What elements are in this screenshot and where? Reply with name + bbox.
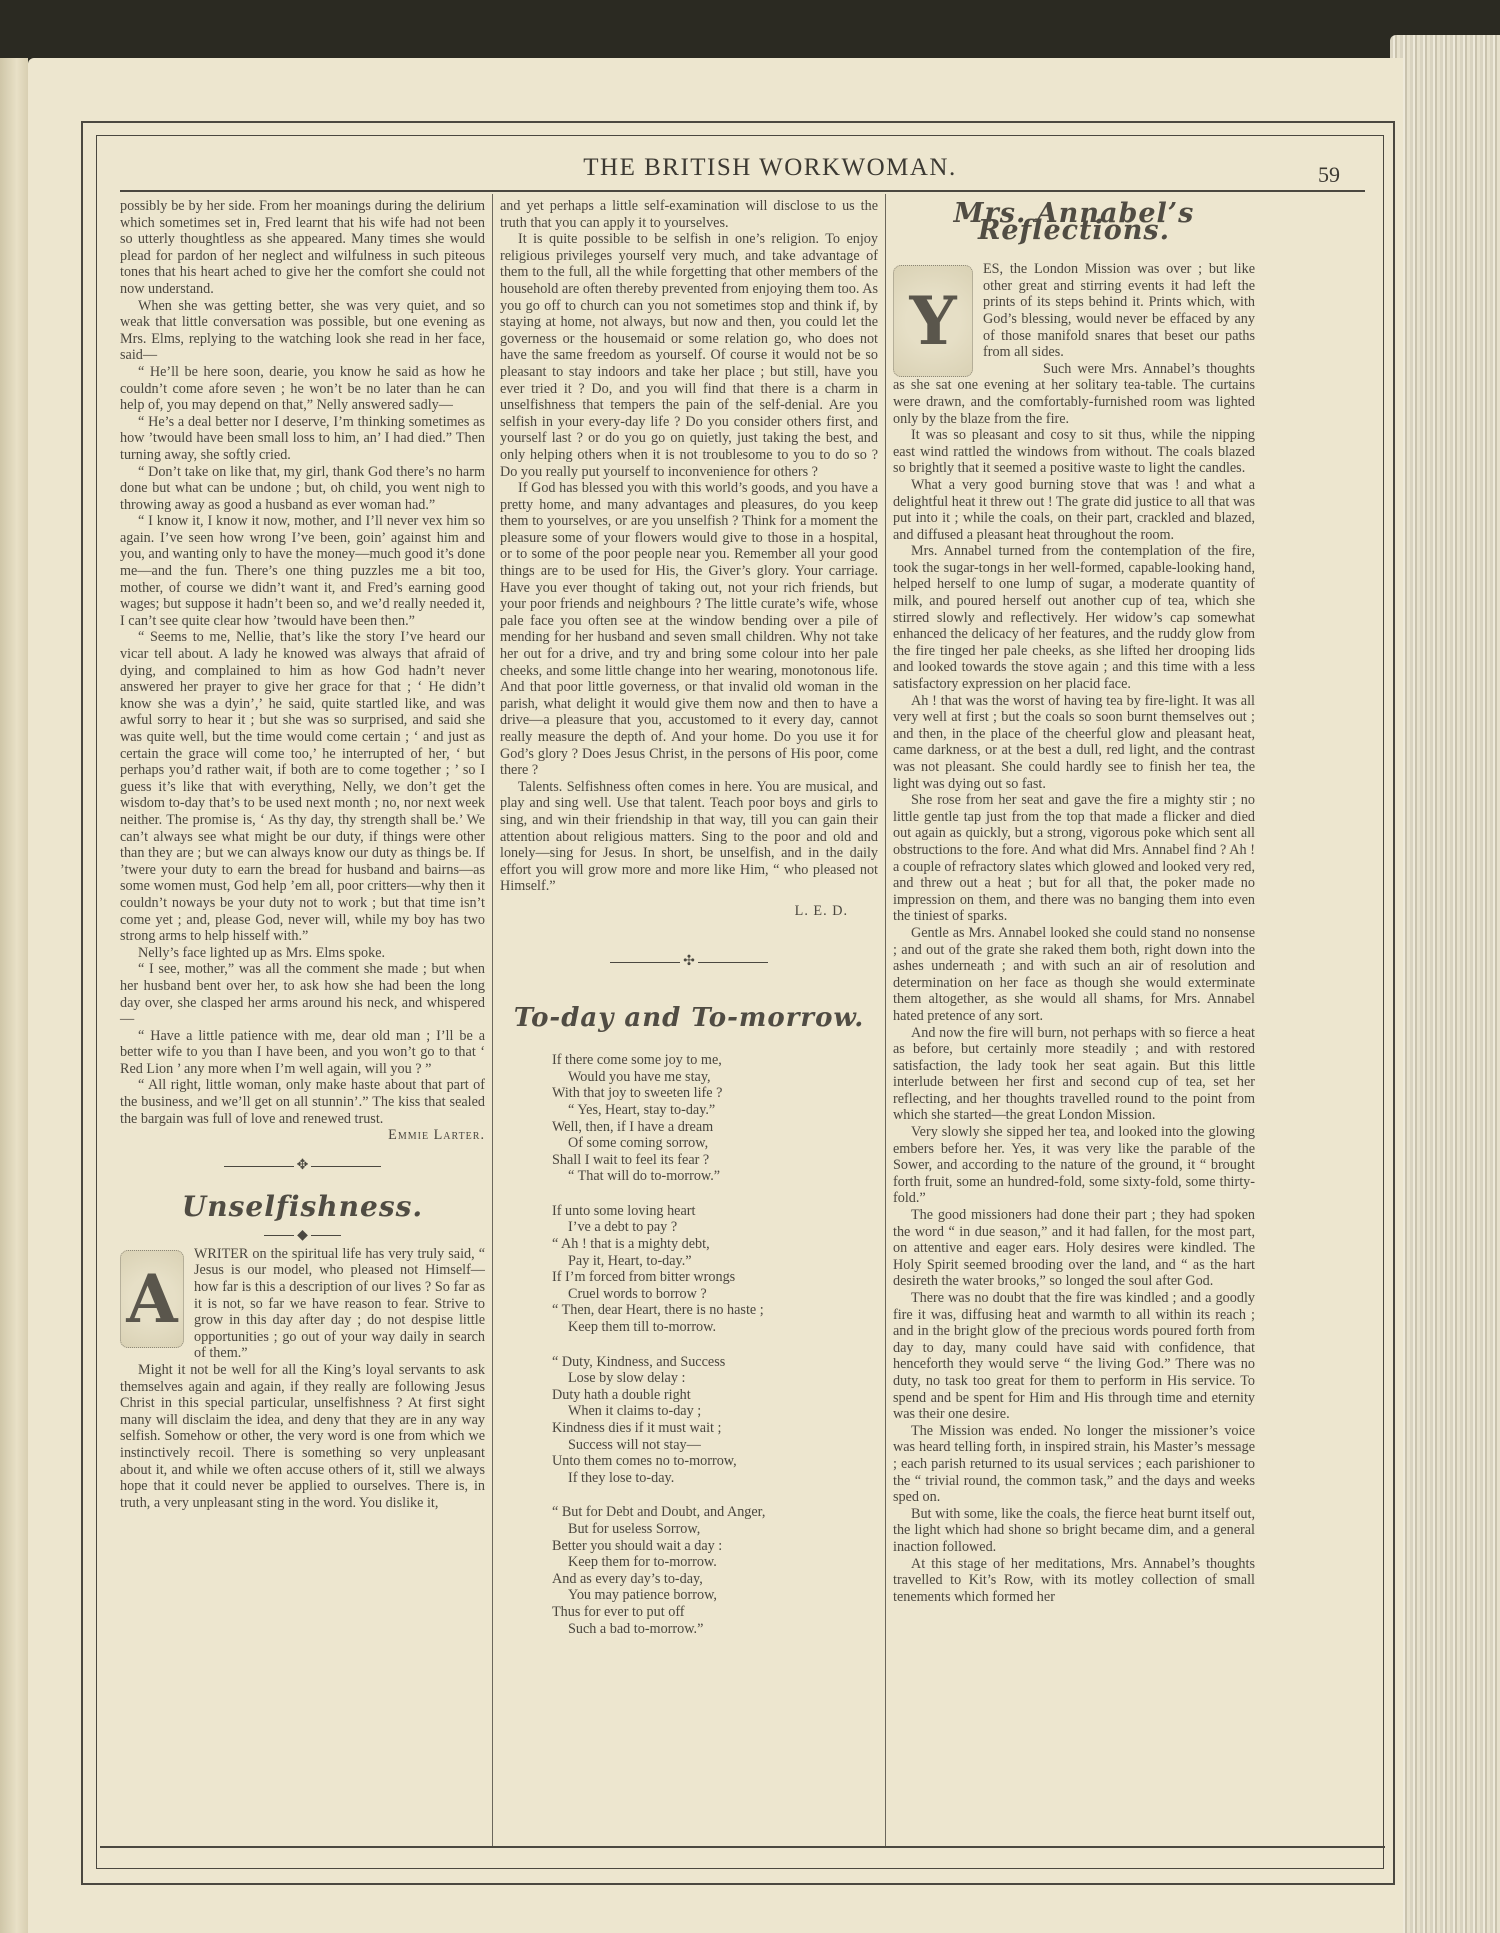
poem-line: Cruel words to borrow ? <box>552 1286 878 1303</box>
poem-line: Shall I wait to feel its fear ? <box>552 1152 878 1169</box>
paragraph: Very slowly she sipped her tea, and look… <box>893 1124 1255 1207</box>
poem-line: And as every day’s to-day, <box>552 1571 878 1588</box>
poem: If there come some joy to me, Would you … <box>500 1052 878 1637</box>
column-3: Mrs. Annabel’s Reflections. Y ES, the Lo… <box>893 198 1255 1605</box>
poem-title: To-day and To-morrow. <box>500 1010 878 1027</box>
paragraph: There was no doubt that the fire was kin… <box>893 1290 1255 1423</box>
paragraph: Mrs. Annabel turned from the contemplati… <box>893 543 1255 692</box>
book-gutter <box>0 58 28 1933</box>
column-2: and yet perhaps a little self-examinatio… <box>500 198 878 1655</box>
paragraph: “ Seems to me, Nellie, that’s like the s… <box>120 629 485 944</box>
poem-line: Kindness dies if it must wait ; <box>552 1420 878 1437</box>
header-rule <box>120 190 1365 192</box>
illuminated-dropcap: Y <box>893 265 973 377</box>
paragraph: The good missioners had done their part … <box>893 1207 1255 1290</box>
paragraph: It was so pleasant and cosy to sit thus,… <box>893 427 1255 477</box>
title-ornament: ◆ <box>120 1226 485 1246</box>
paragraph: Talents. Selfishness often comes in here… <box>500 779 878 895</box>
poem-line: Keep them till to-morrow. <box>552 1319 878 1336</box>
story-author: Emmie Larter. <box>370 1127 485 1144</box>
poem-line: Success will not stay— <box>552 1437 878 1454</box>
paragraph: “ Don’t take on like that, my girl, than… <box>120 464 485 514</box>
poem-line: You may patience borrow, <box>552 1587 878 1604</box>
poem-line: “ Then, dear Heart, there is no haste ; <box>552 1302 878 1319</box>
poem-line: Unto them comes no to-morrow, <box>552 1453 878 1470</box>
poem-line: Duty hath a double right <box>552 1387 878 1404</box>
poem-stanza: “ Duty, Kindness, and Success Lose by sl… <box>552 1354 878 1487</box>
poem-line: “ That will do to-morrow.” <box>552 1168 878 1185</box>
poem-stanza: “ But for Debt and Doubt, and Anger, But… <box>552 1504 878 1637</box>
paragraph: What a very good burning stove that was … <box>893 477 1255 543</box>
poem-line: Better you should wait a day : <box>552 1538 878 1555</box>
paragraph: and yet perhaps a little self-examinatio… <box>500 198 878 231</box>
poem-line: “ Ah ! that is a mighty debt, <box>552 1236 878 1253</box>
paragraph: Ah ! that was the worst of having tea by… <box>893 693 1255 793</box>
column-1: possibly be by her side. From her moanin… <box>120 198 485 1511</box>
poem-line: If there come some joy to me, <box>552 1052 878 1069</box>
poem-line: Keep them for to-morrow. <box>552 1554 878 1571</box>
poem-stanza: If there come some joy to me, Would you … <box>552 1052 878 1185</box>
paragraph: At this stage of her meditations, Mrs. A… <box>893 1556 1255 1606</box>
poem-line: Would you have me stay, <box>552 1069 878 1086</box>
poem-line: Well, then, if I have a dream <box>552 1119 878 1136</box>
poem-line: When it claims to-day ; <box>552 1403 878 1420</box>
article-title: Mrs. Annabel’s Reflections. <box>893 206 1255 239</box>
article-title: Unselfishness. <box>120 1199 485 1216</box>
paragraph: If God has blessed you with this world’s… <box>500 480 878 779</box>
column-divider <box>885 194 886 1846</box>
paragraph: “ I see, mother,” was all the comment sh… <box>120 961 485 1027</box>
paragraph: The Mission was ended. No longer the mis… <box>893 1423 1255 1506</box>
article-author: L. E. D. <box>500 903 878 920</box>
poem-line: But for useless Sorrow, <box>552 1521 878 1538</box>
poem-line: Such a bad to-morrow.” <box>552 1621 878 1638</box>
section-ornament: ✥ <box>120 1149 485 1183</box>
paragraph: “ All right, little woman, only make has… <box>120 1077 485 1127</box>
masthead: THE BRITISH WORKWOMAN. <box>520 154 1020 182</box>
poem-line: I’ve a debt to pay ? <box>552 1219 878 1236</box>
paragraph: Gentle as Mrs. Annabel looked she could … <box>893 925 1255 1025</box>
poem-line: “ But for Debt and Doubt, and Anger, <box>552 1504 878 1521</box>
paragraph: “ He’ll be here soon, dearie, you know h… <box>120 364 485 414</box>
poem-line: Pay it, Heart, to-day.” <box>552 1253 878 1270</box>
page-edges <box>1390 35 1500 1933</box>
poem-line: Thus for ever to put off <box>552 1604 878 1621</box>
paragraph: “ Have a little patience with me, dear o… <box>120 1028 485 1078</box>
column-divider <box>492 194 493 1846</box>
poem-line: “ Duty, Kindness, and Success <box>552 1354 878 1371</box>
paragraph-text: “ All right, little woman, only make has… <box>120 1077 485 1126</box>
paragraph: And now the fire will burn, not perhaps … <box>893 1025 1255 1125</box>
paragraph: When she was getting better, she was ver… <box>120 298 485 364</box>
page-number: 59 <box>1318 162 1340 188</box>
paragraph: possibly be by her side. From her moanin… <box>120 198 485 298</box>
paragraph: Nelly’s face lighted up as Mrs. Elms spo… <box>120 945 485 962</box>
paragraph: “ He’s a deal better nor I deserve, I’m … <box>120 414 485 464</box>
poem-line: With that joy to sweeten life ? <box>552 1085 878 1102</box>
poem-line: Of some coming sorrow, <box>552 1135 878 1152</box>
paragraph: “ I know it, I know it now, mother, and … <box>120 513 485 629</box>
poem-line: Lose by slow delay : <box>552 1370 878 1387</box>
article-body: A WRITER on the spiritual life has very … <box>120 1246 485 1512</box>
poem-line: If unto some loving heart <box>552 1203 878 1220</box>
footer-rule <box>100 1846 1385 1848</box>
paragraph: But with some, like the coals, the fierc… <box>893 1506 1255 1556</box>
paragraph: She rose from her seat and gave the fire… <box>893 792 1255 925</box>
running-head: THE BRITISH WORKWOMAN. 59 <box>120 150 1360 190</box>
poem-line: If I’m forced from bitter wrongs <box>552 1269 878 1286</box>
paragraph: It is quite possible to be selfish in on… <box>500 231 878 480</box>
poem-line: If they lose to-day. <box>552 1470 878 1487</box>
poem-line: “ Yes, Heart, stay to-day.” <box>552 1102 878 1119</box>
paragraph: Might it not be well for all the King’s … <box>120 1362 485 1511</box>
section-ornament: ✣ <box>500 946 878 980</box>
illuminated-dropcap: A <box>120 1250 184 1348</box>
poem-stanza: If unto some loving heart I’ve a debt to… <box>552 1203 878 1336</box>
